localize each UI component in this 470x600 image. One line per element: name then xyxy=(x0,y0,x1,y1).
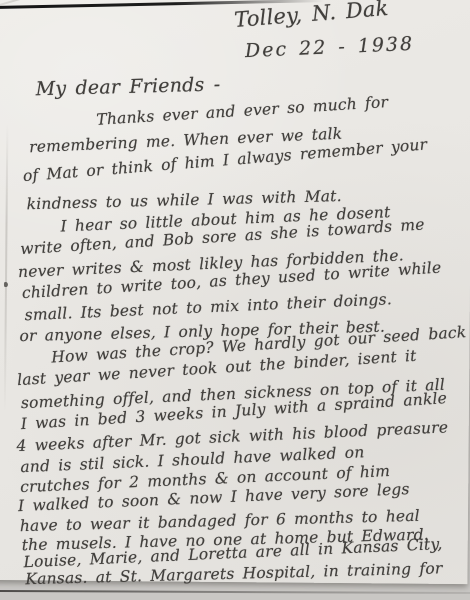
photo-background: Tolley, N. Dak Dec 22 - 1938 My dear Fri… xyxy=(0,0,470,600)
letter-date: Dec 22 - 1938 xyxy=(245,33,415,62)
letter-salutation: My dear Friends - xyxy=(35,73,220,100)
letter-place: Tolley, N. Dak xyxy=(233,0,389,32)
paper-crease xyxy=(4,122,9,412)
table-seam-line xyxy=(0,590,470,594)
letter-line: Thanks ever and ever so much for xyxy=(96,93,389,129)
letter-paper: Tolley, N. Dak Dec 22 - 1938 My dear Fri… xyxy=(0,0,470,584)
paper-speck xyxy=(4,282,8,287)
